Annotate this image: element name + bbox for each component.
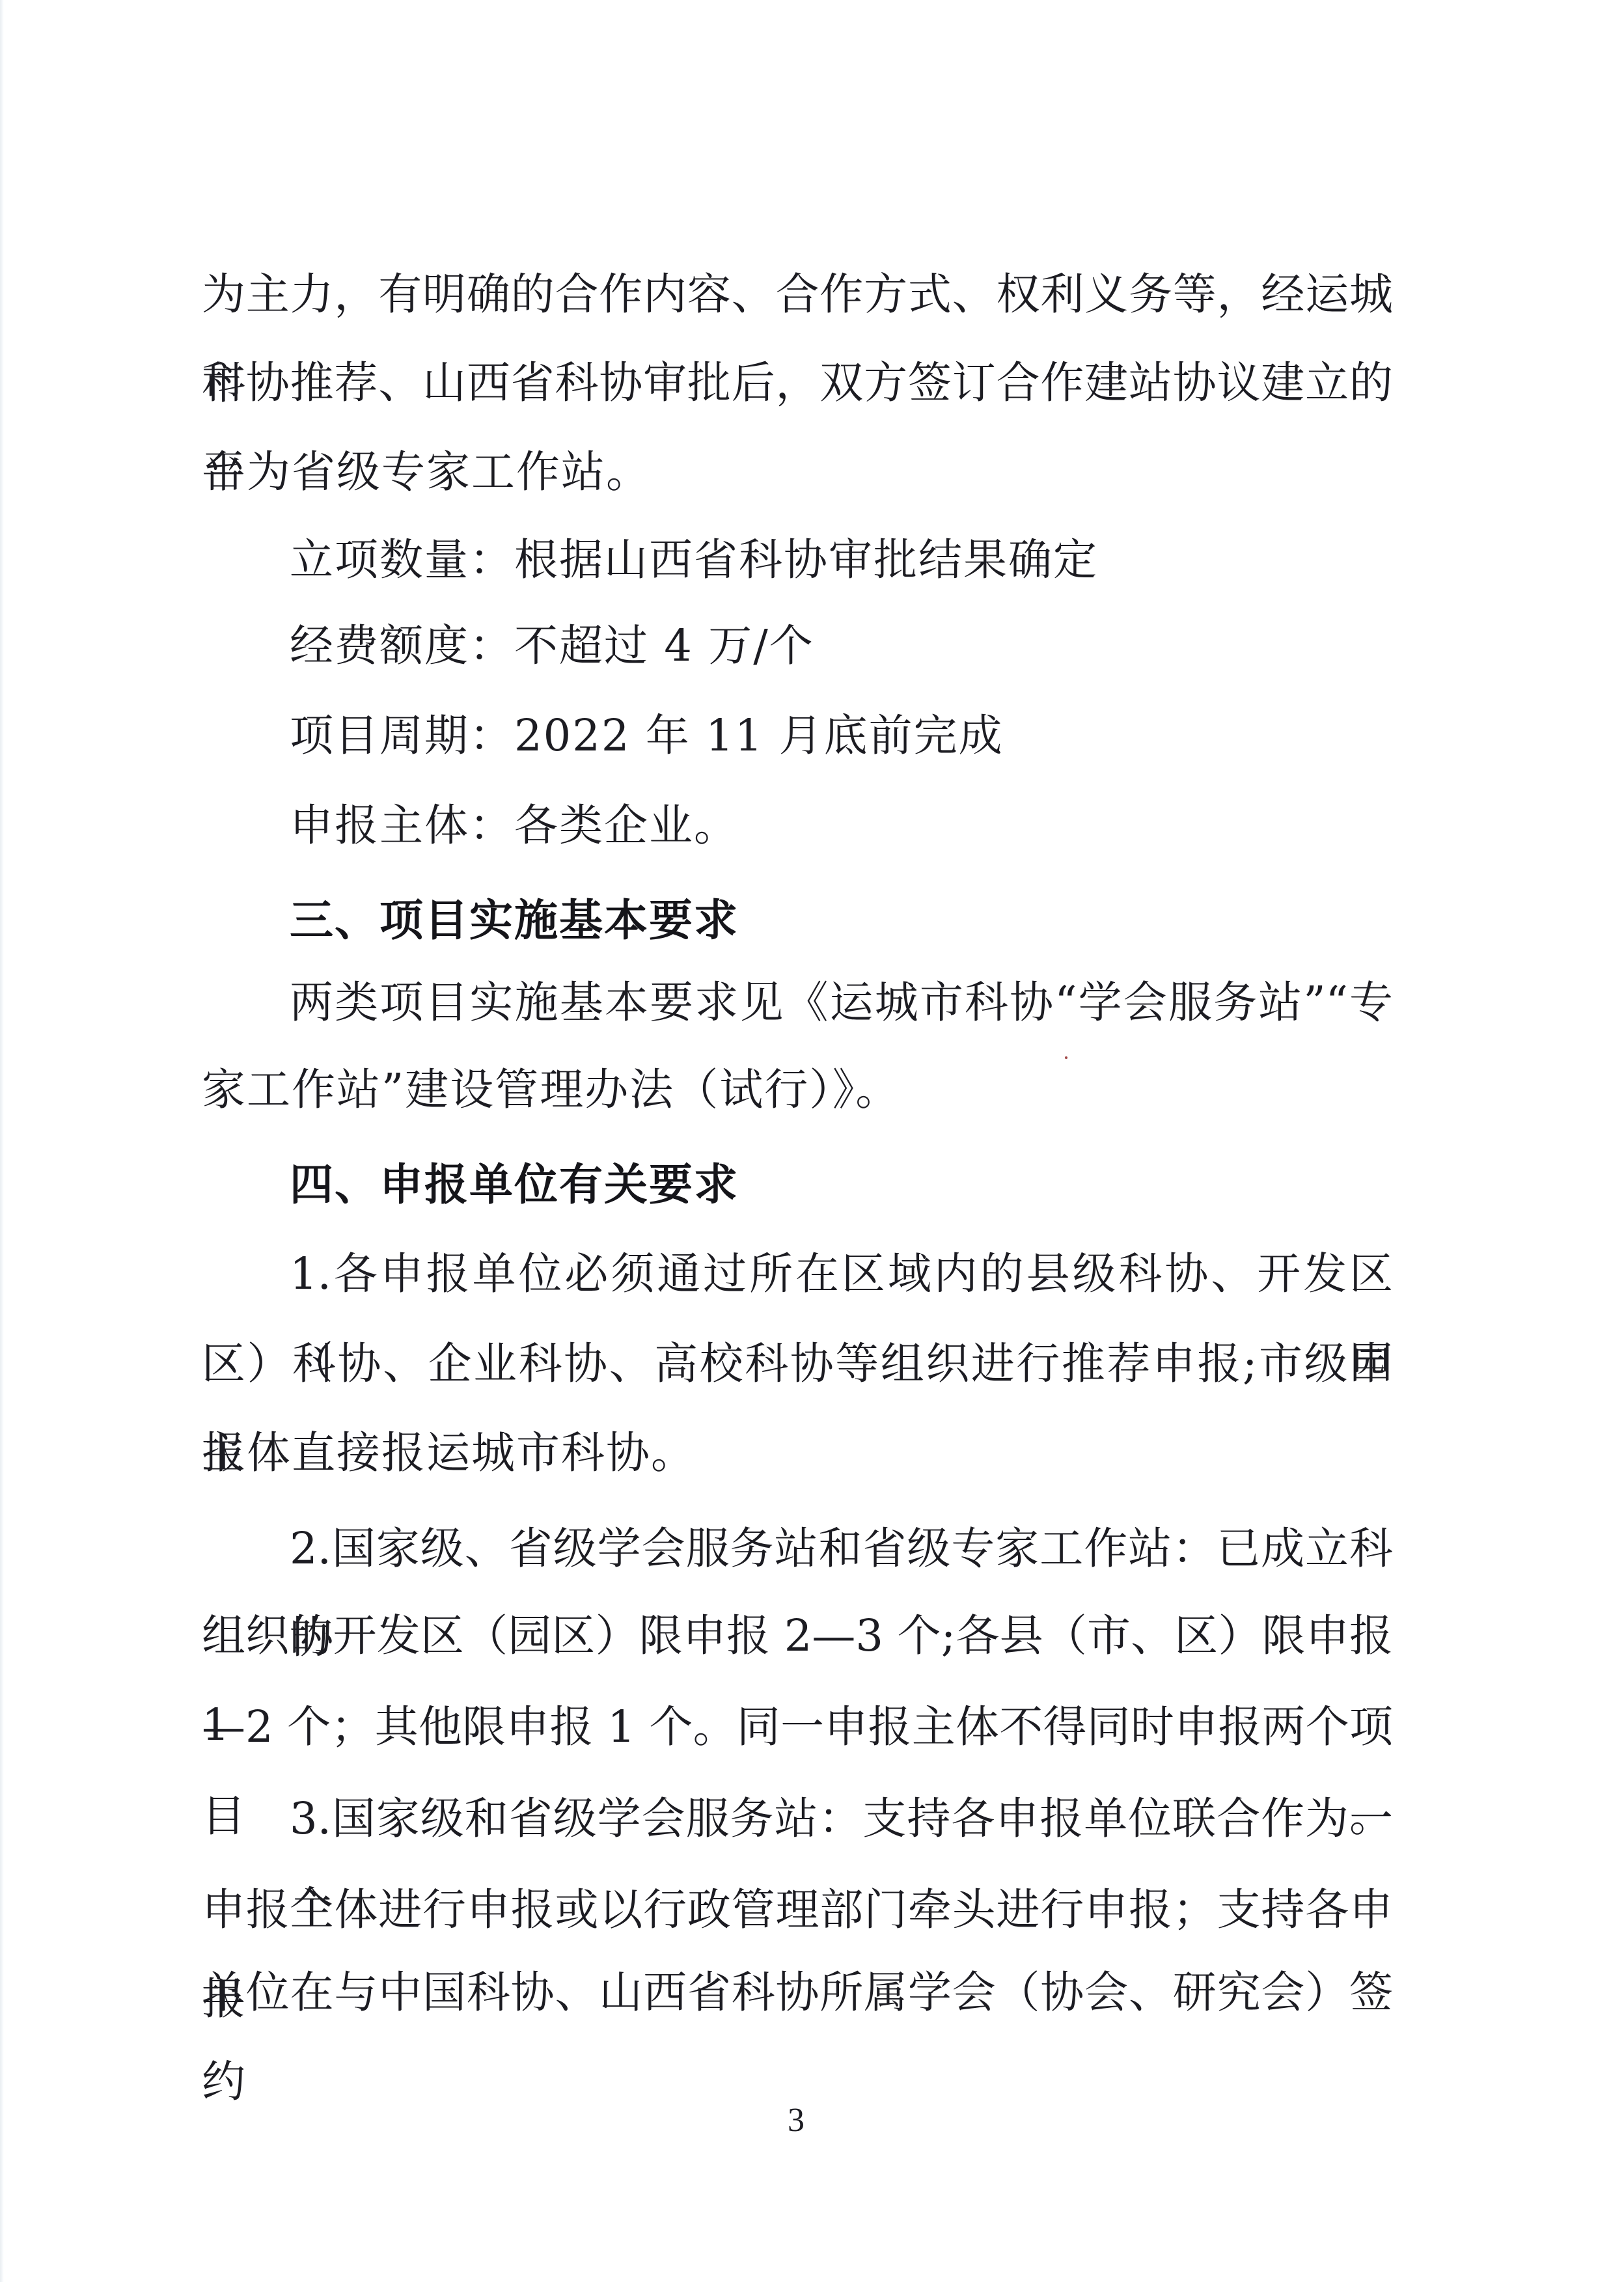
scan-speck	[1065, 1056, 1067, 1059]
requirement-2-line-1: 2.国家级、省级学会服务站和省级专家工作站：已成立科协	[202, 1504, 1393, 1593]
field-applicant: 申报主体：各类企业。	[202, 781, 1393, 870]
requirement-3-line-1: 3.国家级和省级学会服务站：支持各申报单位联合作为一个	[202, 1774, 1393, 1863]
requirement-1-line-1: 1.各申报单位必须通过所在区域内的县级科协、开发区（园	[202, 1230, 1393, 1319]
body-line-9: 两类项目实施基本要求见《运城市科协“学会服务站”“专	[202, 958, 1393, 1047]
requirement-2-line-2: 组织的开发区（园区）限申报 2—3 个;各县（市、区）限申报 1	[202, 1591, 1393, 1681]
body-line-3: 台为省级专家工作站。	[202, 428, 1393, 517]
requirement-3-line-2: 申报主体进行申报或以行政管理部门牵头进行申报；支持各申报	[202, 1865, 1393, 1955]
scan-edge-shadow	[0, 0, 4, 2282]
body-line-2: 科协推荐、山西省科协审批后，双方签订合作建站协议建立的平	[202, 338, 1393, 428]
document-page: 为主力，有明确的合作内容、合作方式、权利义务等，经运城市 科协推荐、山西省科协审…	[0, 0, 1624, 2282]
requirement-2-line-3: —2 个；其他限申报 1 个。同一申报主体不得同时申报两个项目。	[202, 1683, 1393, 1772]
requirement-3-line-3: 单位在与中国科协、山西省科协所属学会（协会、研究会）签约	[202, 1948, 1393, 2037]
page-number: 3	[780, 2101, 812, 2140]
body-line-10: 家工作站”建设管理办法（试行）》。	[202, 1045, 1393, 1134]
body-line-1: 为主力，有明确的合作内容、合作方式、权利义务等，经运城市	[202, 250, 1393, 339]
field-funding-amount: 经费额度：不超过 4 万/个	[202, 601, 1393, 691]
requirement-1-line-2: 区）科协、企业科协、高校科协等组织进行推荐申报;市级申报	[202, 1319, 1393, 1409]
field-project-period: 项目周期：2022 年 11 月底前完成	[202, 691, 1393, 780]
field-project-count: 立项数量：根据山西省科协审批结果确定	[202, 516, 1393, 605]
requirement-1-line-3: 主体直接报运城市科协。	[202, 1409, 1393, 1498]
section-heading-4: 四、申报单位有关要求	[202, 1140, 1393, 1230]
section-heading-3: 三、项目实施基本要求	[202, 876, 1393, 965]
